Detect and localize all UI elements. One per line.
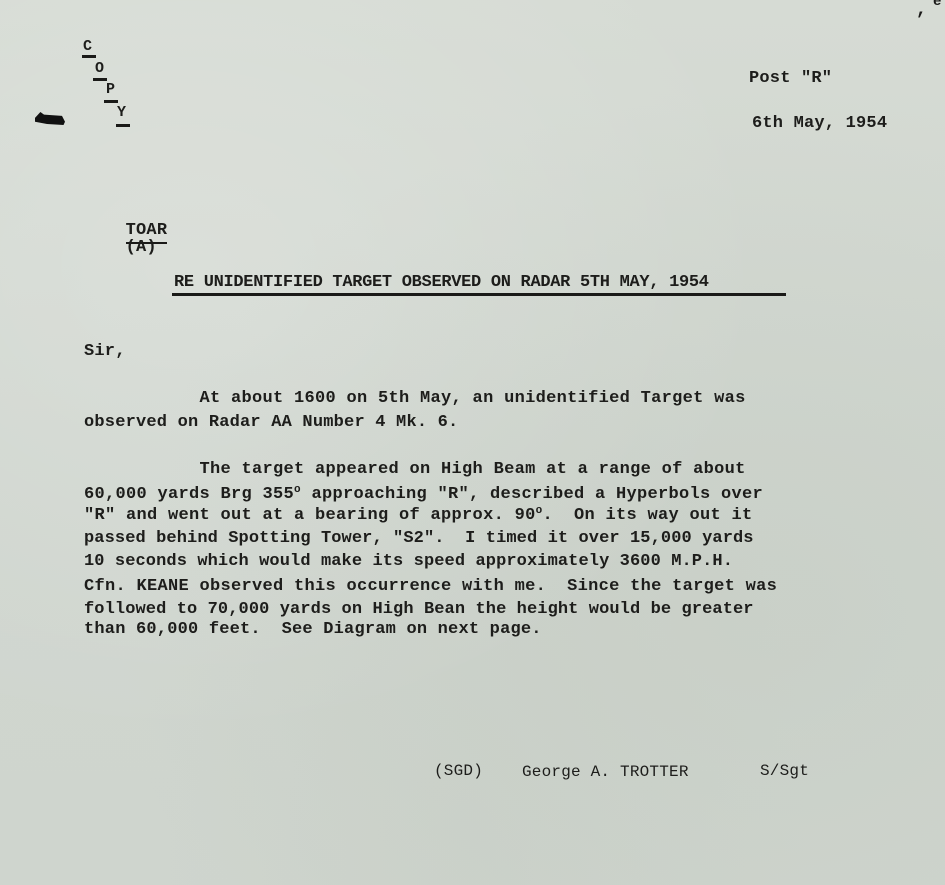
paragraph-line: passed behind Spotting Tower, "S2". I ti… bbox=[84, 530, 754, 547]
paragraph-line: observed on Radar AA Number 4 Mk. 6. bbox=[84, 414, 458, 431]
signatory-name: George A. TROTTER bbox=[522, 764, 689, 780]
copy-stamp-underline bbox=[116, 124, 130, 127]
degree-symbol: o bbox=[536, 505, 543, 517]
edge-mark: , bbox=[916, 0, 927, 20]
text-segment: "R" and went out at a bearing of approx.… bbox=[84, 506, 536, 525]
signatory-rank: S/Sgt bbox=[760, 763, 809, 779]
copy-stamp-underline bbox=[82, 55, 96, 58]
addressee-suffix: (A) bbox=[126, 238, 157, 257]
subject-underline bbox=[172, 293, 786, 296]
paragraph-line: Cfn. KEANE observed this occurrence with… bbox=[84, 578, 777, 595]
paragraph-line: "R" and went out at a bearing of approx.… bbox=[84, 507, 753, 524]
salutation: Sir, bbox=[84, 343, 126, 360]
paragraph-line: The target appeared on High Beam at a ra… bbox=[84, 461, 746, 478]
paragraph-line: At about 1600 on 5th May, an unidentifie… bbox=[84, 390, 746, 407]
paragraph-line: 10 seconds which would make its speed ap… bbox=[84, 553, 733, 570]
text-segment: 60,000 yards Brg 355 bbox=[84, 485, 294, 504]
copy-stamp-letter: C bbox=[83, 39, 92, 54]
copy-stamp-underline bbox=[104, 100, 118, 103]
letter-date: 6th May, 1954 bbox=[752, 115, 887, 132]
edge-mark: e bbox=[933, 0, 942, 10]
degree-symbol: o bbox=[294, 484, 301, 496]
addressee: TOAR (A) bbox=[84, 205, 167, 273]
text-segment: . On its way out it bbox=[542, 506, 752, 525]
subject-heading: RE UNIDENTIFIED TARGET OBSERVED ON RADAR… bbox=[174, 274, 709, 291]
signed-marker: (SGD) bbox=[434, 763, 483, 779]
copy-stamp-letter: P bbox=[106, 82, 115, 97]
text-segment: approaching "R", described a Hyperbols o… bbox=[301, 485, 763, 504]
document-page: , e C O P Y Post "R" 6th May, 1954 TOAR … bbox=[0, 0, 945, 885]
ink-blot-mark bbox=[35, 112, 65, 125]
post-location: Post "R" bbox=[749, 70, 832, 87]
paragraph-line: followed to 70,000 yards on High Bean th… bbox=[84, 601, 754, 618]
paragraph-line: than 60,000 feet. See Diagram on next pa… bbox=[84, 621, 542, 638]
paragraph-line: 60,000 yards Brg 355o approaching "R", d… bbox=[84, 486, 763, 503]
copy-stamp-letter: Y bbox=[117, 105, 126, 120]
copy-stamp-letter: O bbox=[95, 61, 104, 76]
copy-stamp-underline bbox=[93, 78, 107, 81]
